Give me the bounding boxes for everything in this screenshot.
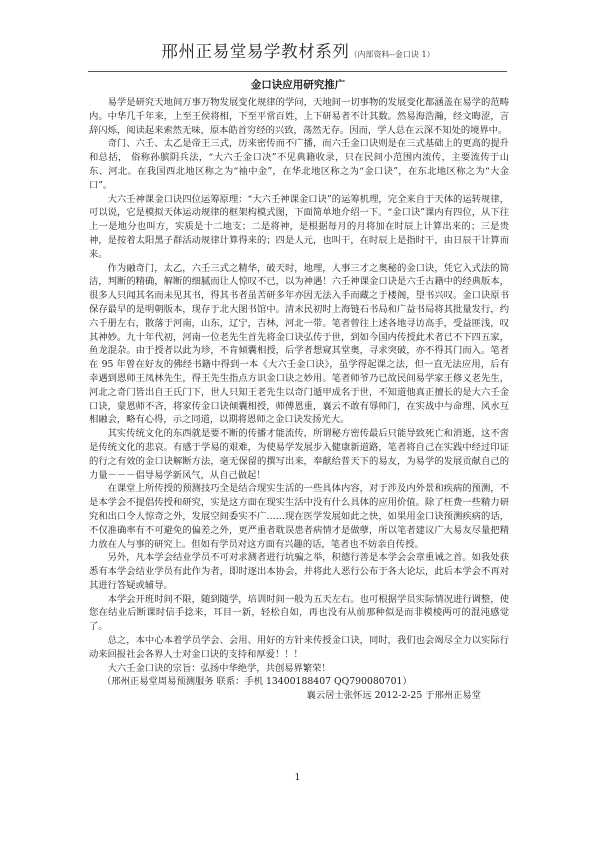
- paragraph: 作为融奇门，太乙，六壬三式之精华，破天时，地理，人事三才之奥秘的金口诀，凭它入式…: [89, 262, 509, 428]
- paragraph: 奇门、六壬、太乙是帝王三式，历来密传而不广播，而六壬金口诀则是在三式基础上的更高…: [89, 137, 509, 192]
- series-title: 邢州正易堂易学教材系列: [161, 42, 349, 61]
- header-rule: [88, 71, 507, 72]
- document-title: 金口诀应用研究推广: [88, 77, 508, 92]
- paragraph: 易学是研究天地间万事万物发展变化规律的学问，天地间一切事物的发展变化都涵盖在易学…: [89, 96, 509, 137]
- running-header: 邢州正易堂易学教材系列（内部资料--金口诀 1）: [88, 38, 508, 62]
- paragraph: 总之，本中心本着学员学会、会用、用好的方针来传授金口诀，同时，我们也会竭尽全力以…: [89, 634, 509, 662]
- series-subtitle: （内部资料--金口诀 1）: [350, 50, 435, 59]
- motto: 大六壬金口诀的宗旨：弘扬中华绝学，共创易界繁荣！: [89, 662, 509, 676]
- page-number: 1: [0, 773, 595, 783]
- paragraph: 其实传统文化的东西就是要不断的传播才能流传，所谓秘方密传最后只能导致死亡和消逝，…: [89, 427, 509, 482]
- paragraph: 另外，凡本学会结业学员不可对求测者进行坑骗之举，积德行善是本学会会章重诫之首。如…: [89, 551, 509, 592]
- paragraph: 在课堂上所传授的预测技巧全是结合现实生活的一些具体内容，对于涉及内外景和疾病的预…: [89, 482, 509, 551]
- paragraph: 本学会开班时间不限，随到随学，培训时间一般为五天左右。也可根据学员实际情况进行调…: [89, 593, 509, 634]
- document-body: 易学是研究天地间万事万物发展变化规律的学问，天地间一切事物的发展变化都涵盖在易学…: [89, 96, 509, 703]
- signature-line: 襄云居士张怀远 2012-2-25 于邢州正易堂: [89, 689, 509, 703]
- paragraph: 大六壬神课金口诀四位运筹原理：“大六壬神课金口诀”的运筹机理，完全来自于天体的运…: [89, 193, 509, 262]
- contact-line: （邢州正易堂周易预测服务 联系：手机 13400188407 QQ7900807…: [89, 675, 509, 689]
